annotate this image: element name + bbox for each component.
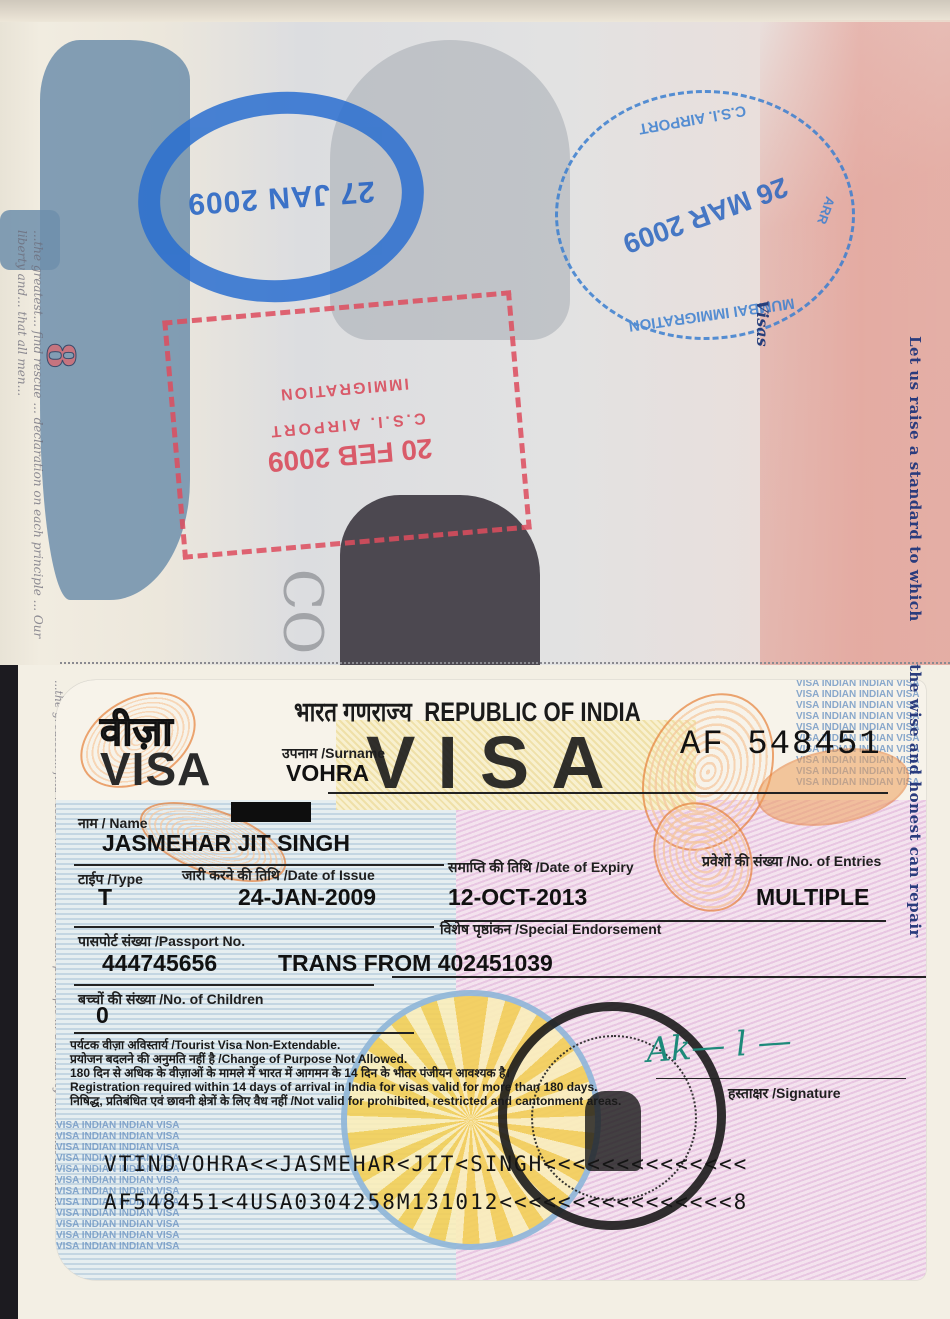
background-large-text: CO <box>271 569 334 655</box>
mrz-line-1: VTINDVOHRA<<JASMEHAR<JIT<SINGH<<<<<<<<<<… <box>104 1152 748 1176</box>
issuing-country: भारत गणराज्य REPUBLIC OF INDIA <box>294 692 641 729</box>
motto-text-part1: Let us raise a standard to which <box>906 336 924 622</box>
divider <box>74 1032 414 1034</box>
stamp-text-top: C.S.I. AIRPORT <box>637 102 747 138</box>
country-hindi: भारत गणराज्य <box>294 697 412 727</box>
country-english: REPUBLIC OF INDIA <box>424 697 640 727</box>
entries-label: प्रवेशों की संख्या /No. of Entries <box>702 852 881 871</box>
issue-date-value: 24-JAN-2009 <box>238 884 376 911</box>
page-stitching <box>60 650 950 664</box>
children-value: 0 <box>96 1002 109 1029</box>
page-top-edge <box>0 0 950 22</box>
passport-spread: ...the greatest... find rescue ... decla… <box>0 0 950 1319</box>
immigration-stamp-mar: C.S.I. AIRPORT ARR 26 MAR 2009 MUMBAI IM… <box>555 90 855 340</box>
microprint-left: VISA INDIAN INDIAN VISA VISA INDIAN INDI… <box>56 1120 126 1252</box>
divider <box>656 1078 906 1079</box>
expiry-date-label: समाप्ति की तिथि /Date of Expiry <box>448 858 634 877</box>
issue-date-label: जारी करने की तिथि /Date of Issue <box>182 866 375 885</box>
immigration-stamp-feb: 20 FEB 2009 C.S.I. AIRPORT IMMIGRATION <box>162 290 532 560</box>
divider <box>74 984 374 986</box>
divider <box>74 926 434 928</box>
stamp-date: 20 FEB 2009 <box>266 432 433 478</box>
stamp-date: 26 MAR 2009 <box>618 170 791 259</box>
type-value: T <box>98 884 112 911</box>
stamp-text-immigration: IMMIGRATION <box>278 374 409 403</box>
passport-number-value: 444745656 <box>102 950 217 977</box>
endorsement-label: विशेष पृष्ठांकन /Special Endorsement <box>440 920 661 939</box>
mrz-line-2: AF548451<4USA0304258M131012<<<<<<<<<<<<<… <box>104 1190 748 1214</box>
background-script-text: ...the greatest... find rescue ... decla… <box>6 230 46 650</box>
surname-value: VOHRA <box>286 760 369 787</box>
stamp-text-right: ARR <box>814 195 838 227</box>
name-value: JASMEHAR JIT SINGH <box>102 830 350 857</box>
visa-number: AF 548451 <box>680 726 882 764</box>
visa-logo-english: VISA <box>100 742 211 796</box>
section-label: Visas <box>753 300 772 347</box>
upper-passport-page: ...the greatest... find rescue ... decla… <box>0 0 950 665</box>
endorsement-value: TRANS FROM 402451039 <box>278 950 553 977</box>
expiry-date-value: 12-OCT-2013 <box>448 884 587 911</box>
page-shadow-edge <box>0 665 18 1319</box>
visa-sticker: VISA VISA INDIAN INDIAN VISA VISA INDIAN… <box>56 680 926 1280</box>
motto-text-part2: the wise and honest can repair <box>906 664 924 938</box>
divider <box>328 792 888 794</box>
divider <box>392 976 926 978</box>
redacted-area <box>231 802 311 822</box>
entries-value: MULTIPLE <box>756 884 869 911</box>
stamp-date: 27 JAN 2009 <box>186 173 376 220</box>
signature-label: हस्ताक्षर /Signature <box>728 1084 841 1103</box>
passport-number-label: पासपोर्ट संख्या /Passport No. <box>78 932 245 951</box>
page-number: 8 <box>39 342 84 368</box>
